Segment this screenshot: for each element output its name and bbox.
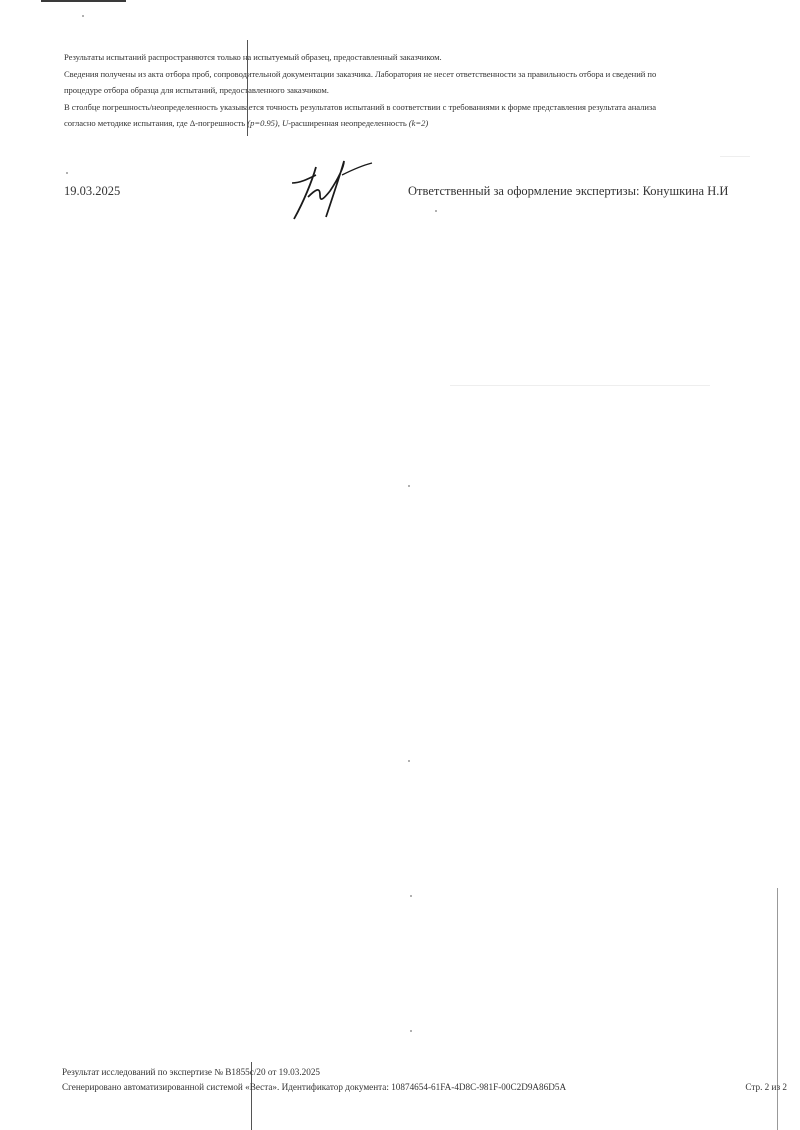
test-notes: Результаты испытаний распространяются то… (64, 49, 784, 132)
bleed-through (720, 156, 750, 157)
scan-speck (410, 895, 412, 897)
scan-speck (410, 1030, 412, 1032)
page-number: Стр. 2 из 2 (745, 1080, 787, 1095)
bleed-through (450, 385, 710, 386)
footer-generated-line: Сгенерировано автоматизированной системо… (62, 1080, 566, 1095)
signature-icon (286, 157, 386, 227)
scan-speck (408, 760, 410, 762)
note-line-1: Результаты испытаний распространяются то… (64, 49, 784, 66)
footer-result-line: Результат исследований по экспертизе № В… (62, 1065, 787, 1080)
note-line-5: согласно методике испытания, где Δ-погре… (64, 115, 784, 132)
signature-date: 19.03.2025 (64, 184, 120, 199)
page-footer: Результат исследований по экспертизе № В… (62, 1065, 787, 1094)
note-line-2: Сведения получены из акта отбора проб, с… (64, 66, 784, 83)
scan-speck (435, 210, 437, 212)
scan-speck (408, 485, 410, 487)
note-line-3: процедуре отбора образца для испытаний, … (64, 82, 784, 99)
scan-speck (82, 15, 84, 17)
scan-artifact-line (247, 40, 248, 136)
scan-edge-bar (41, 0, 126, 2)
note-line-4: В столбце погрешность/неопределенность у… (64, 99, 784, 116)
responsible-person: Ответственный за оформление экспертизы: … (408, 184, 728, 199)
scan-speck (66, 172, 68, 174)
